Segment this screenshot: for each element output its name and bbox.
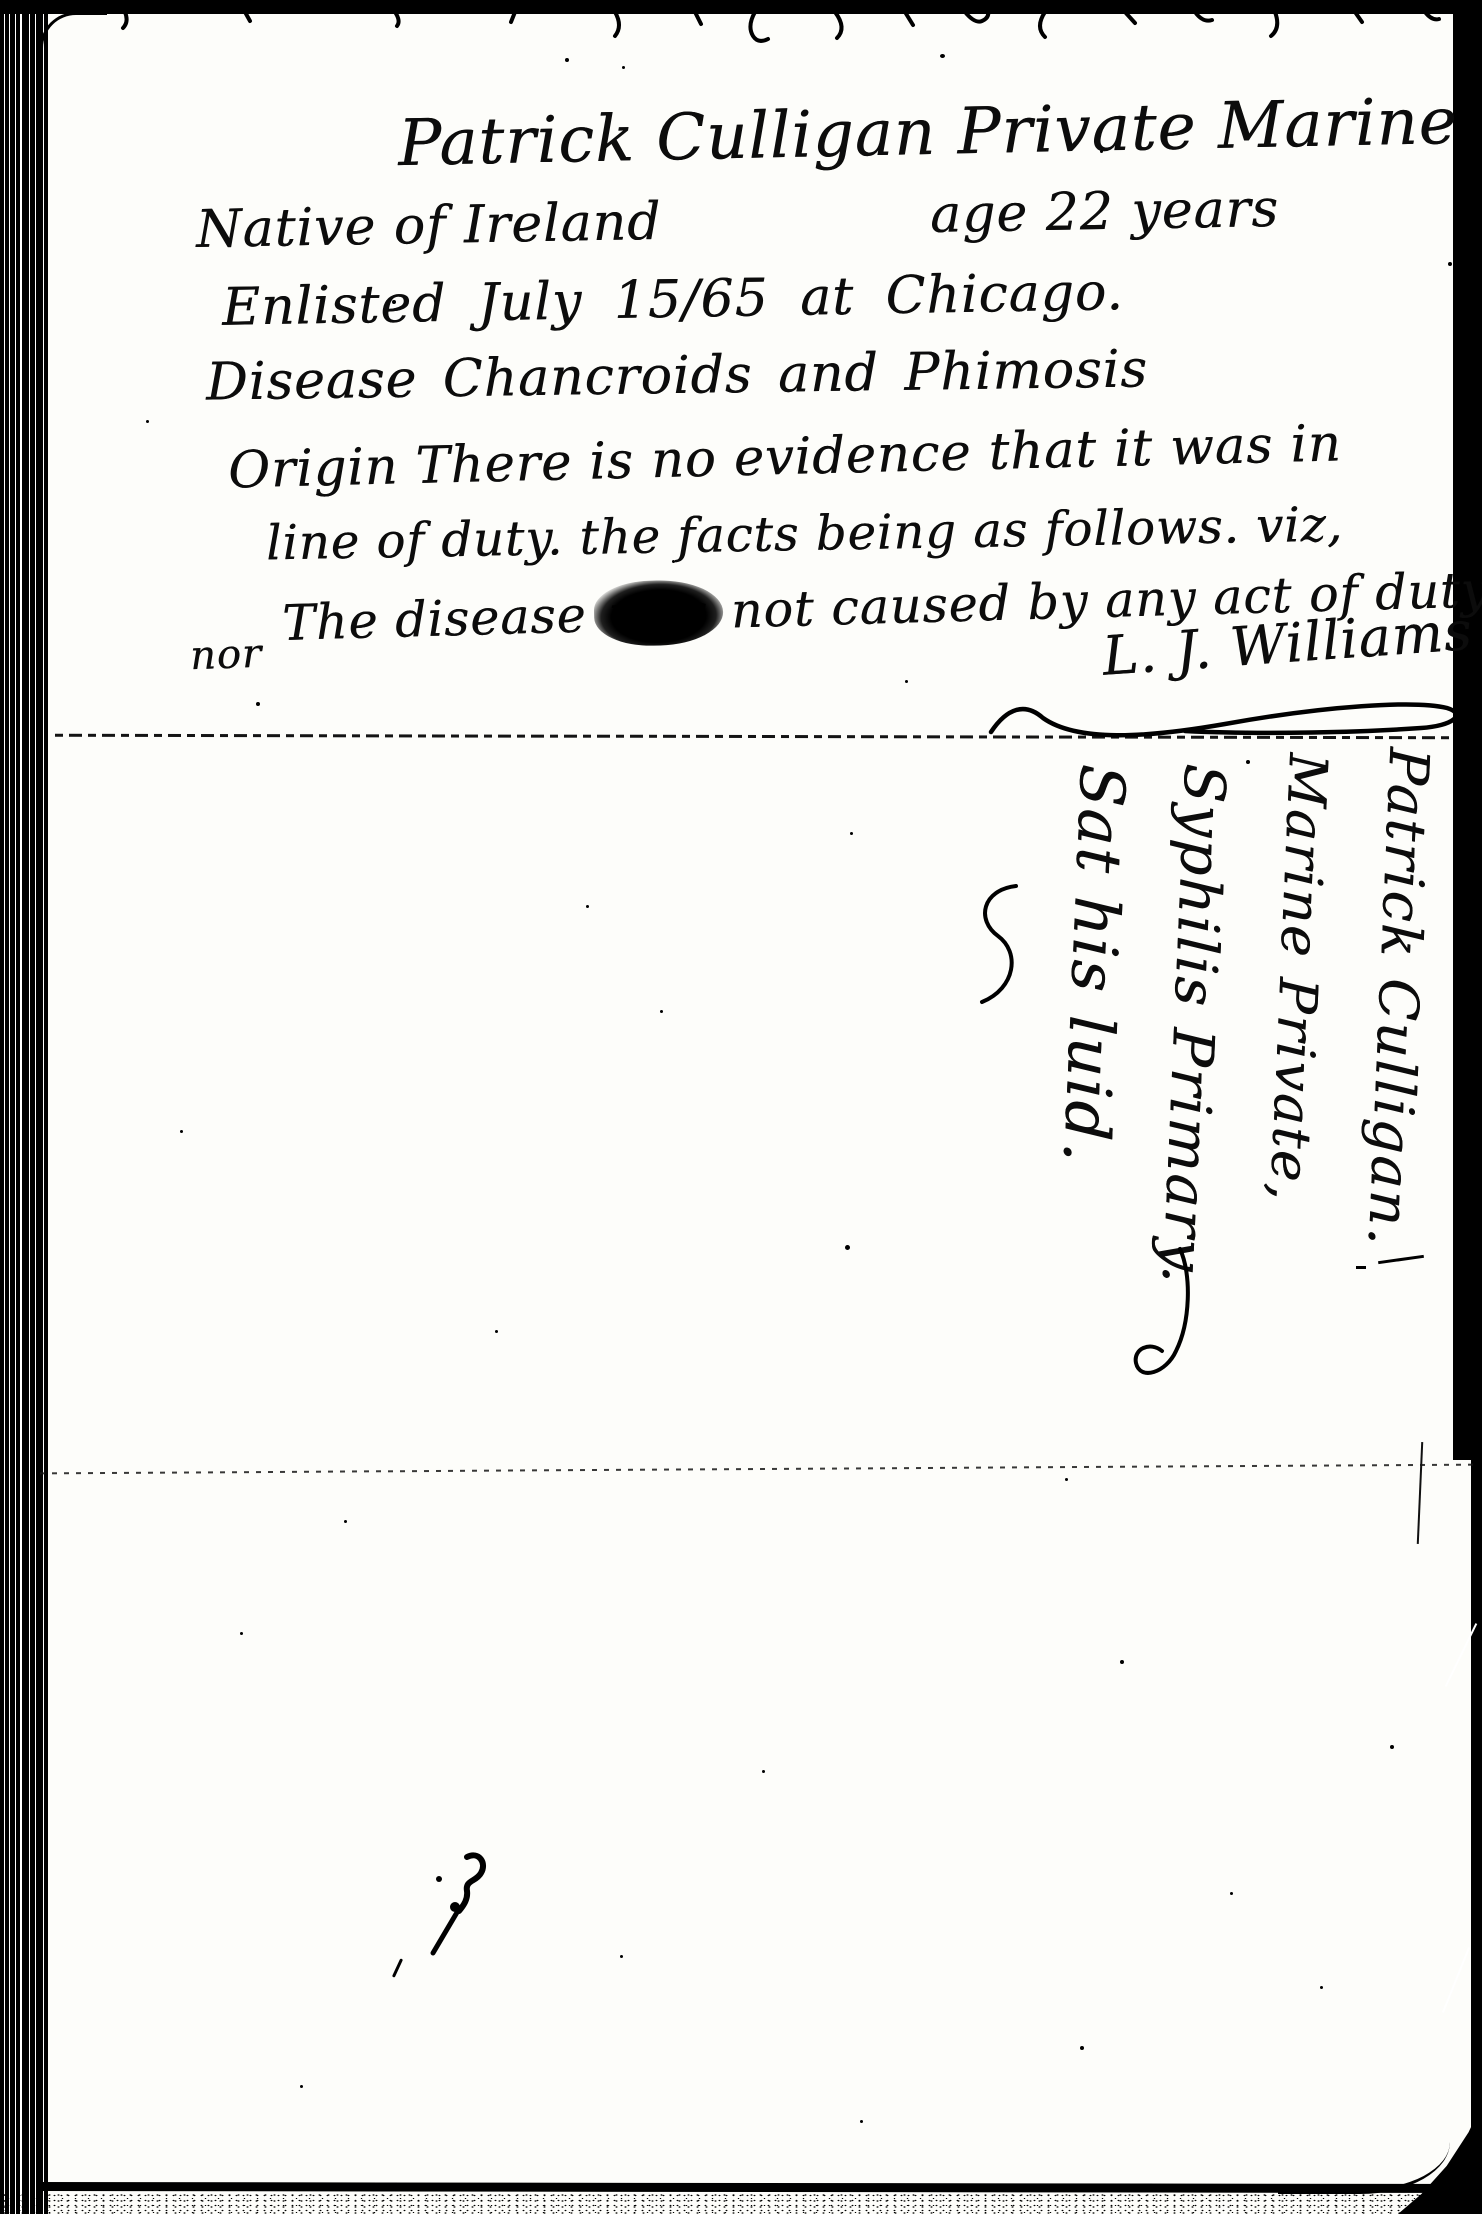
- origin-line: Origin There is no evidence that it was …: [227, 414, 1342, 500]
- ink-speck: [762, 1770, 765, 1773]
- age-note: age 22 years: [930, 179, 1280, 245]
- ink-speck: [622, 66, 625, 69]
- heading-name-rank: Patrick Culligan Private Marine: [397, 85, 1458, 181]
- rounded-page-corner-bottom-right: [1278, 2118, 1450, 2194]
- ink-speck: [620, 1955, 623, 1958]
- ink-speck: [1390, 1745, 1394, 1749]
- ink-speck: [905, 680, 908, 683]
- ink-blotch: [415, 1845, 505, 1965]
- ink-speck: [940, 54, 945, 58]
- ink-speck: [845, 1245, 850, 1250]
- bottom-scan-noise: [0, 2192, 1482, 2214]
- vertical-scratch: [1417, 1442, 1423, 1544]
- ink-speck: [1080, 2046, 1084, 2050]
- disease-line: Disease Chancroids and Phimosis: [206, 339, 1149, 412]
- nativity-line: Native of Ireland: [196, 192, 662, 260]
- cutoff-writing-marks: [95, 12, 1475, 48]
- ink-speck: [300, 2085, 303, 2088]
- enlistment-line: Enlisted July 15/65 at Chicago.: [222, 262, 1125, 338]
- ink-speck: [660, 1010, 663, 1013]
- line-of-duty-line: line of duty. the facts being as follows…: [266, 497, 1344, 572]
- ink-speck: [256, 702, 260, 706]
- ink-speck: [586, 905, 589, 908]
- docket-s-flourish: [958, 880, 1028, 1010]
- ink-speck: [1320, 1986, 1323, 1989]
- fold-crease-lower: [40, 1464, 1480, 1475]
- ink-speck: [1246, 760, 1250, 764]
- ink-speck: [1120, 1660, 1124, 1664]
- ink-speck: [850, 832, 853, 835]
- pencil-tick: [392, 1958, 403, 1977]
- ink-speck: [565, 58, 569, 62]
- ink-speck: [146, 420, 149, 423]
- ink-speck: [392, 300, 396, 304]
- ink-speck: [672, 560, 675, 563]
- ink-speck: [1100, 150, 1103, 153]
- book-binding-edge: [0, 0, 50, 2214]
- ink-speck: [1462, 482, 1466, 487]
- ink-speck: [1448, 262, 1452, 266]
- docket-j-flourish: [1130, 1245, 1200, 1385]
- ink-speck: [240, 1632, 243, 1635]
- right-scan-band-lower: [1471, 1455, 1482, 2135]
- docket-dash-dot: [1356, 1266, 1366, 1269]
- scan-scratch: [1442, 1947, 1470, 2013]
- ink-speck: [180, 1130, 183, 1133]
- conclusion-pre: The disease: [281, 586, 603, 652]
- ink-speck: [495, 1330, 498, 1333]
- marginal-note-nor: nor: [189, 631, 263, 679]
- ink-speck: [344, 1520, 347, 1523]
- scanned-certificate-page: Patrick Culligan Private Marine Native o…: [0, 0, 1482, 2214]
- rounded-page-corner-top-left: [40, 12, 107, 61]
- docket-block: Patrick Culligan. Marine Private, Syphil…: [1025, 557, 1468, 1374]
- ink-speck: [1065, 1478, 1068, 1481]
- ink-blotted-word: was: [602, 583, 715, 643]
- ink-speck: [1230, 1892, 1233, 1895]
- ink-speck: [860, 2120, 863, 2123]
